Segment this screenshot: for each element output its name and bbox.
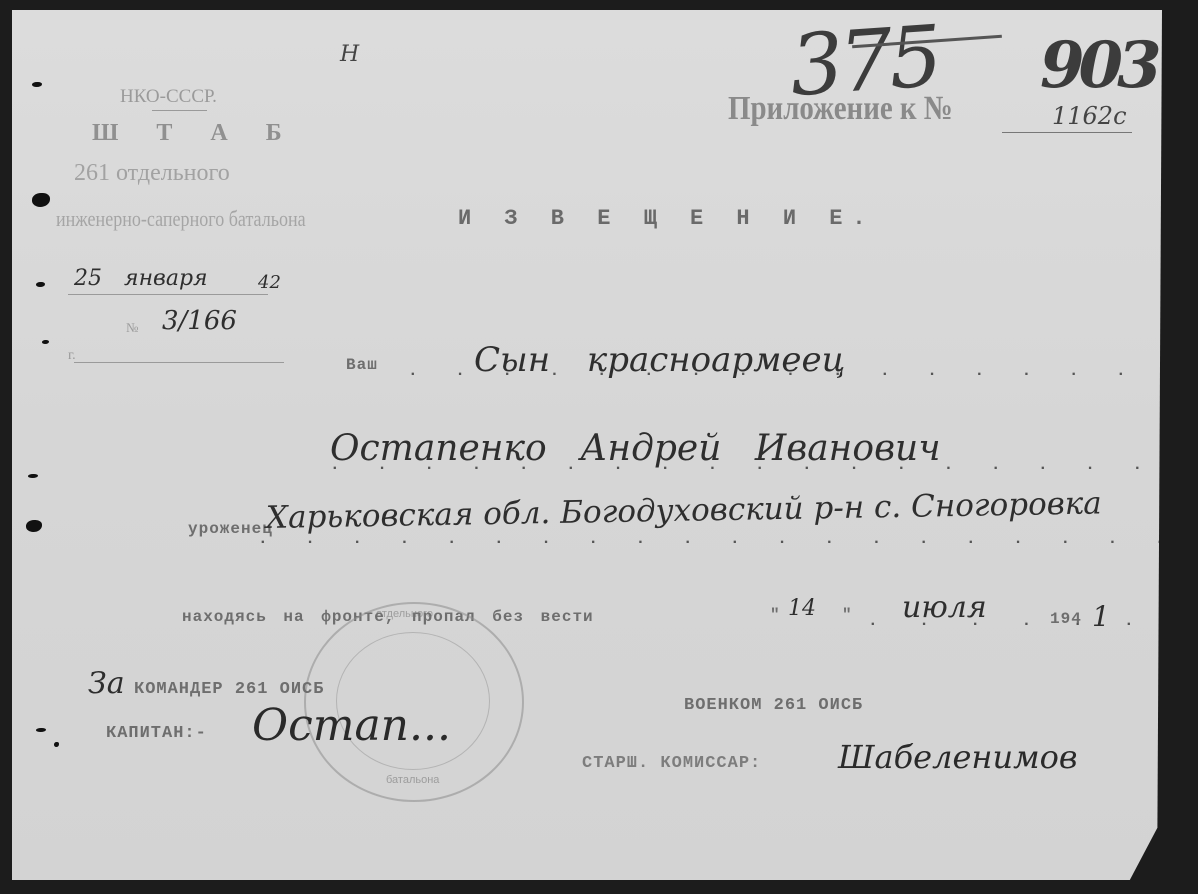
commander-prefix: За <box>88 666 125 701</box>
missing-date-month: июля <box>902 590 987 625</box>
commissar-title: ВОЕНКОМ 261 ОИСБ <box>684 696 863 715</box>
commissar-rank: СТАРШ. КОМИССАР: <box>582 754 761 773</box>
punch-hole <box>54 742 59 747</box>
stamp-city-underline <box>74 362 284 363</box>
stamp-date-day: 25 <box>74 266 102 291</box>
stamp-unit-line2: инженерно-саперного батальона <box>56 206 306 232</box>
archive-number-903: 903 <box>1040 28 1156 103</box>
attachment-label: Приложение к № <box>728 90 953 128</box>
punch-hole <box>36 728 46 732</box>
stamp-date-underline <box>68 294 268 295</box>
quote-close: " <box>842 606 853 624</box>
punch-hole <box>36 282 45 287</box>
document-page: Н 375 903 Приложение к № 1162с НКО-СССР.… <box>12 10 1162 880</box>
stamp-rule <box>152 110 207 111</box>
seal-top-text: отдельного <box>376 608 433 620</box>
punch-hole <box>32 82 42 87</box>
stamp-number-label: № <box>126 320 138 336</box>
missing-date-year-suffix: 1 <box>1092 600 1110 633</box>
attachment-underline <box>1002 132 1132 133</box>
seal-bottom-text: батальона <box>386 774 439 786</box>
commander-title: КОМАНДЕР 261 ОИСБ <box>134 680 324 699</box>
stamp-number-value: 3/166 <box>162 306 237 336</box>
stamp-unit-line1: 261 отдельного <box>74 160 230 187</box>
missing-date-year-prefix: 194 <box>1050 610 1082 628</box>
punch-hole <box>26 520 42 532</box>
quote-open: " <box>770 606 781 624</box>
origin-value: Харьковская обл. Богодуховский р-н с. Сн… <box>266 485 1102 536</box>
missing-date-day: 14 <box>788 596 816 621</box>
stamp-title: Ш Т А Б <box>92 120 298 147</box>
commissar-signature: Шабеленимов <box>838 738 1077 776</box>
corner-mark: Н <box>340 42 359 67</box>
commander-rank: КАПИТАН:- <box>106 724 207 743</box>
commander-signature: Остап... <box>252 700 451 751</box>
document-title: И З В Е Щ Е Н И Е. <box>458 206 876 231</box>
stamp-date-year: 42 <box>258 272 281 293</box>
stamp-date-month: января <box>124 266 208 291</box>
addressee-value: Сын красноармеец <box>474 340 845 380</box>
soldier-name: Остапенко Андрей Иванович <box>330 428 941 469</box>
attachment-number: 1162с <box>1052 102 1127 130</box>
punch-hole <box>28 474 38 478</box>
punch-hole <box>42 340 49 344</box>
punch-hole <box>32 193 50 207</box>
stamp-org-line: НКО-СССР. <box>120 86 217 108</box>
addressee-label: Ваш <box>346 356 378 374</box>
